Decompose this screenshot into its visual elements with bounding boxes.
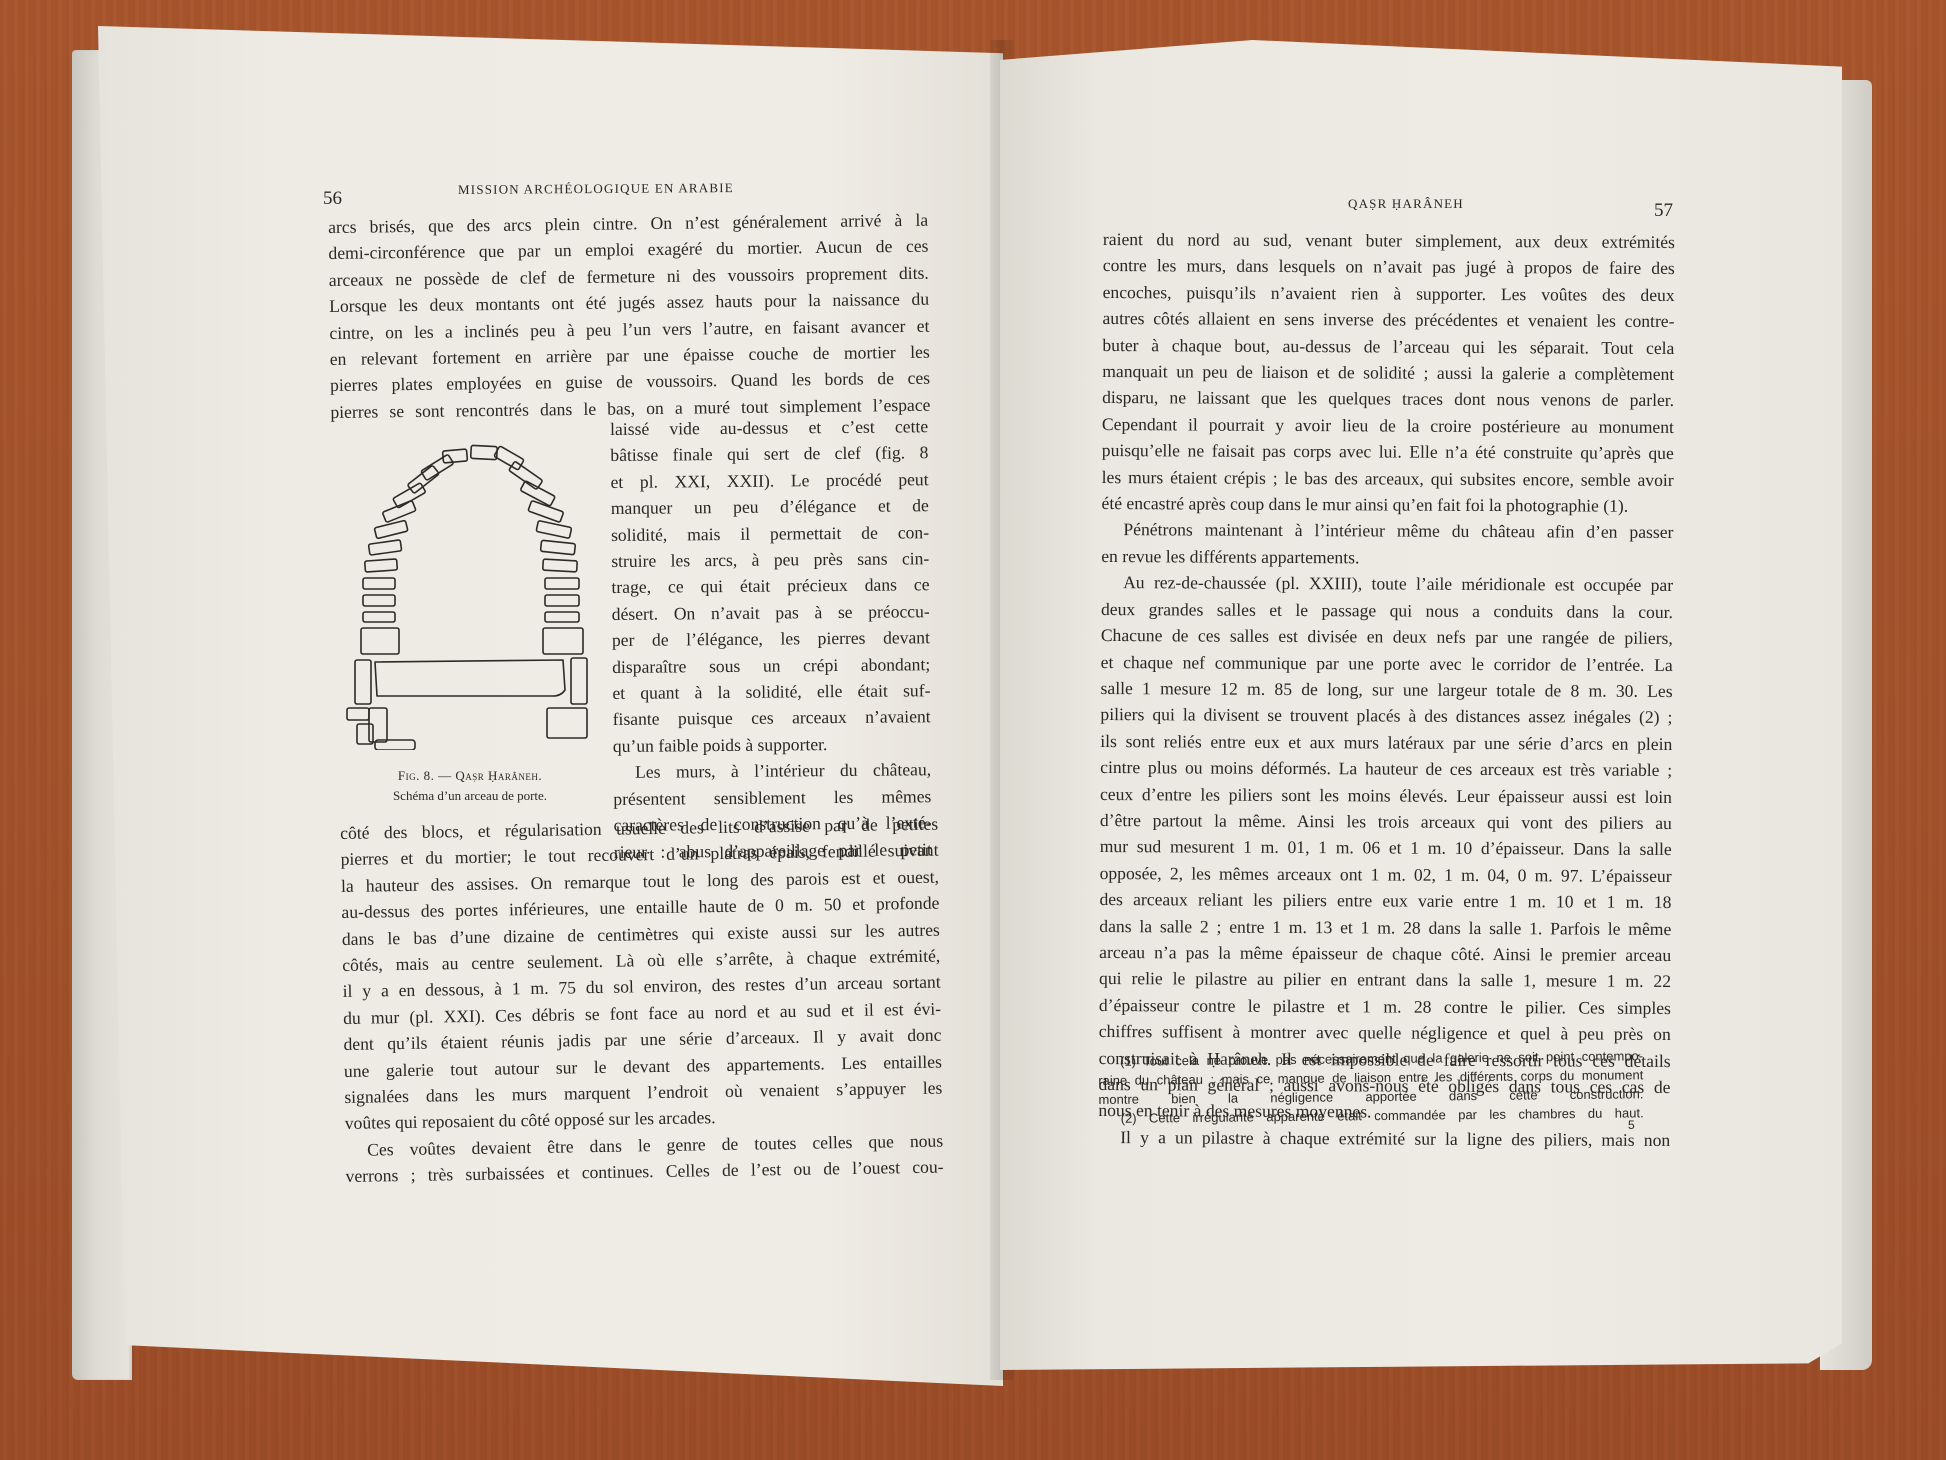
text-line: manquait un peu de liaison et de solidit…: [1102, 358, 1674, 387]
text-line: des arceaux reliant les piliers entre eu…: [1099, 886, 1671, 915]
text-line: autres côtés allaient en sens inverse de…: [1102, 305, 1674, 334]
text-line: Il y a un pilastre à chaque extrémité su…: [1098, 1124, 1670, 1153]
text-line: fisante puisque ces arceaux n’avaient: [613, 704, 931, 733]
right-body-text: raient du nord au sud, venant buter simp…: [1098, 226, 1675, 1153]
left-body-top: arcs brisés, que des arcs plein cintre. …: [328, 207, 931, 426]
text-line: d’être partout la même. Ainsi les trois …: [1100, 807, 1672, 836]
text-line: contre les murs, dans lesquels on n’avai…: [1103, 252, 1675, 281]
text-line: les murs étaient crépis ; le bas des arc…: [1102, 464, 1674, 493]
text-line: arceau n’a pas la même épaisseur de chaq…: [1099, 939, 1671, 968]
text-line: et chaque nef communique par une porte a…: [1101, 648, 1673, 677]
text-line: cintre plus ou moins déformés. La hauteu…: [1100, 754, 1672, 783]
left-impost-block: [361, 628, 399, 654]
text-line: laissé vide au-dessus et c’est cette: [610, 413, 928, 442]
text-line: ils sont reliés entre eux et aux murs la…: [1100, 728, 1672, 757]
text-line: chiffres suffisent à montrer avec quelle…: [1099, 1018, 1671, 1047]
signature-mark: 5: [1628, 1118, 1635, 1132]
left-body-side-column: laissé vide au-dessus et c’est cettebâti…: [610, 413, 932, 865]
text-line: Au rez-de-chaussée (pl. XXIII), toute l’…: [1101, 569, 1673, 598]
figure-caption-subtitle: Schéma d’un arceau de porte.: [340, 786, 600, 806]
text-line: d’épaisseur contre le pilastre et 1 m. 2…: [1099, 992, 1671, 1021]
text-line: mur sud mesurent 1 m. 01, 1 m. 06 et 1 m…: [1100, 833, 1672, 862]
text-line: ceux d’entre les piliers sont les moins …: [1100, 781, 1672, 810]
right-impost-block: [543, 628, 583, 654]
text-line: per de l’élégance, les pierres devant: [612, 624, 930, 653]
text-line: disparaître sous un crépi abondant;: [612, 651, 930, 680]
text-line: salle 1 mesure 12 m. 85 de long, sur une…: [1101, 675, 1673, 704]
text-line: puisqu’elle ne faisait pas corps avec lu…: [1102, 437, 1674, 466]
running-head-right: QAṢR ḤARÂNEH: [1348, 196, 1464, 212]
text-line: dans la salle 2 ; entre 1 m. 13 et 1 m. …: [1099, 913, 1671, 942]
text-line: Chacune de ces salles est divisée en deu…: [1101, 622, 1673, 651]
arch-voussoirs: [363, 445, 579, 622]
text-line: désert. On n’avait pas à se préoccu-: [612, 598, 930, 627]
text-line: et quant à la solidité, elle était suf-: [612, 677, 930, 706]
text-line: raient du nord au sud, venant buter simp…: [1103, 226, 1675, 255]
text-line: solidité, mais il permettait de con-: [611, 519, 929, 548]
text-line: buter à chaque bout, au-dessus de l’arce…: [1102, 332, 1674, 361]
figure-caption-title: Fig. 8. — Qaṣr Ḥarâneh.: [340, 766, 600, 786]
text-line: manquer un peu d’élégance et de: [611, 492, 929, 521]
text-line: été encastré après coup dans le mur ains…: [1101, 490, 1673, 519]
text-line: opposée, 2, les mêmes arceaux ont 1 m. 0…: [1100, 860, 1672, 889]
text-line: Les murs, à l’intérieur du château,: [613, 756, 931, 785]
text-line: et pl. XXI, XXII). Le procédé peut: [610, 466, 928, 495]
footnotes: (1) Tout cela ne prouve pas nécessaireme…: [1098, 1046, 1644, 1128]
text-line: disparu, ne laissant que les quelques tr…: [1102, 384, 1674, 413]
running-head-left: MISSION ARCHÉOLOGIQUE EN ARABIE: [458, 180, 734, 198]
text-line: encoches, puisqu’ils n’avaient rien à su…: [1103, 279, 1675, 308]
arch-diagram-figure: [345, 440, 615, 750]
text-line: qui relie le pilastre au pilier en entra…: [1099, 965, 1671, 994]
text-line: en revue les différents appartements.: [1101, 543, 1673, 572]
text-line: qu’un faible poids à supporter.: [613, 730, 931, 759]
text-line: présentent sensiblement les mêmes: [613, 783, 931, 812]
text-line: trage, ce qui était précieux dans ce: [611, 572, 929, 601]
text-line: struire les arcs, à peu près sans cin-: [611, 545, 929, 574]
text-line: Pénétrons maintenant à l’intérieur même …: [1101, 516, 1673, 545]
figure-caption: Fig. 8. — Qaṣr Ḥarâneh. Schéma d’un arce…: [340, 766, 600, 806]
page-number-right: 57: [1654, 200, 1673, 222]
lintel-stone: [375, 660, 565, 696]
left-body-bottom: côté des blocs, et régularisation usuell…: [340, 811, 944, 1190]
text-line: bâtisse finale qui sert de clef (fig. 8: [610, 440, 928, 469]
page-number-left: 56: [323, 188, 342, 210]
text-line: Cependant il pourrait y avoir lieu de la…: [1102, 411, 1674, 440]
text-line: deux grandes salles et le passage qui no…: [1101, 596, 1673, 625]
text-line: piliers qui la divisent se trouvent plac…: [1100, 701, 1672, 730]
